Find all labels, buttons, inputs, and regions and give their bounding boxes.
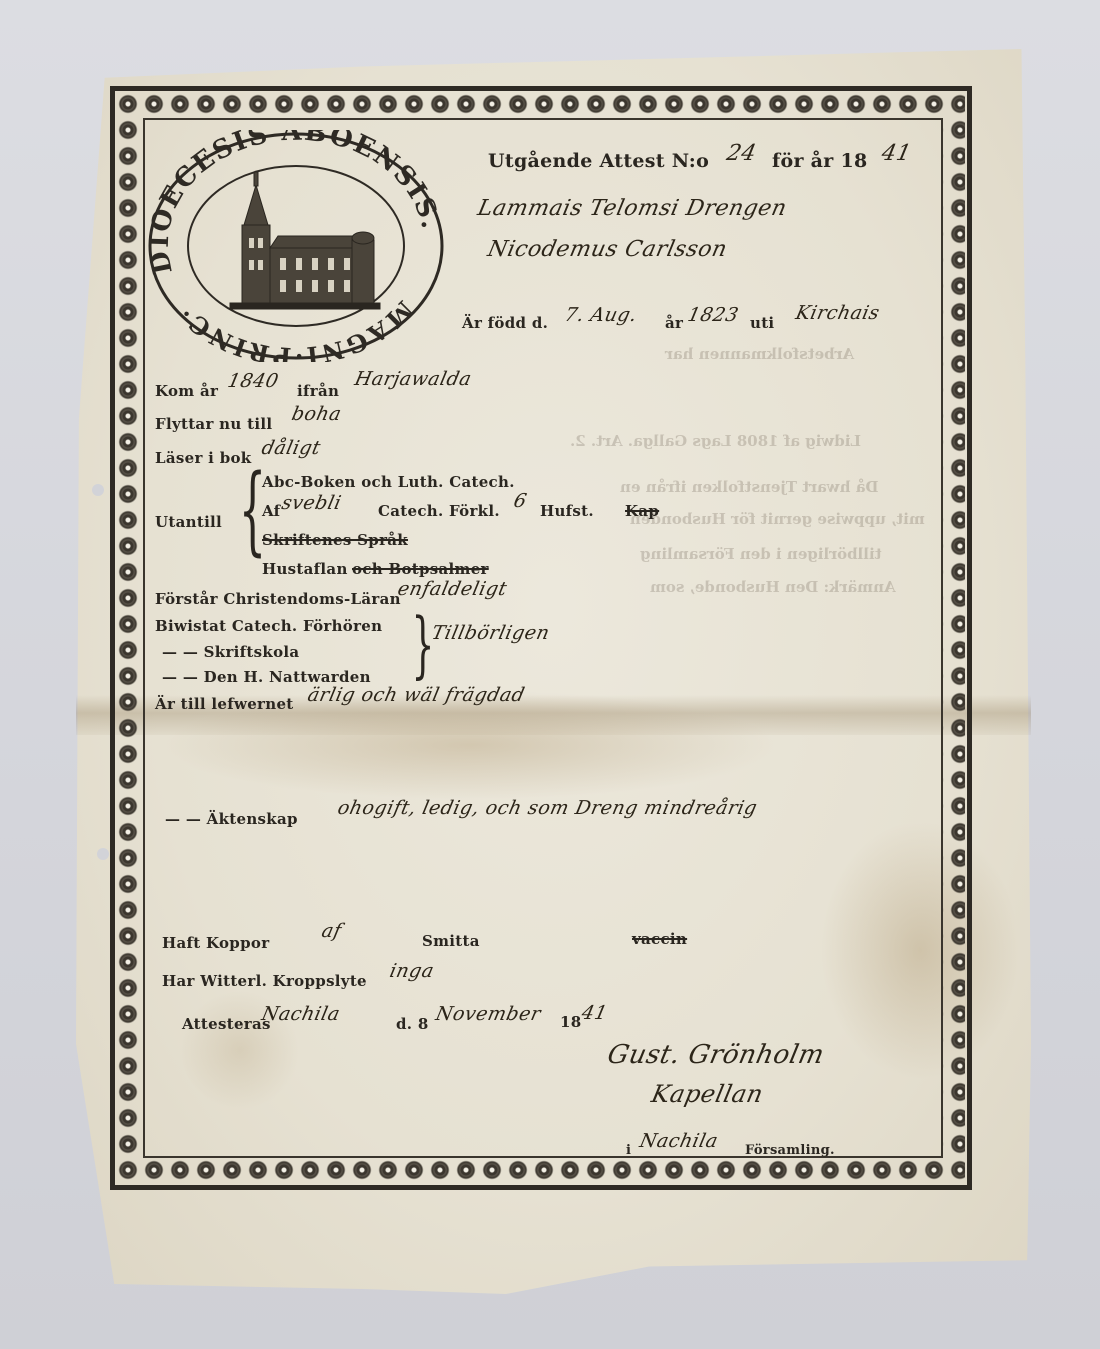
bodily-defect-value: inga xyxy=(388,960,436,982)
marriage-label: — — Äktenskap xyxy=(165,810,298,828)
understands-label: Förstår Christendoms-Läran xyxy=(155,590,401,608)
attested-day: d. 8 xyxy=(396,1015,429,1033)
signature-name: Gust. Grönholm xyxy=(605,1040,827,1070)
born-label: Är född d. xyxy=(462,314,548,332)
bodily-defect-label: Har Witterl. Kroppslyte xyxy=(162,972,367,990)
by-heart-item-4: Hustaflan xyxy=(262,560,348,578)
parish-prefix: i xyxy=(626,1143,631,1158)
moves-to: boha xyxy=(290,403,344,425)
by-heart-item-2-text: Catech. Förkl. xyxy=(378,502,500,520)
birth-place: Kirchais xyxy=(794,302,882,324)
catechism-attendance-label: Biwistat Catech. Förhören xyxy=(155,617,382,635)
name-line-2: Nicodemus Carlsson xyxy=(485,237,729,262)
moves-to-label: Flyttar nu till xyxy=(155,415,272,433)
born-year-label: år xyxy=(665,314,683,332)
came-year: 1840 xyxy=(226,370,281,392)
signature-title: Kapellan xyxy=(649,1080,766,1108)
attest-title-label: Utgående Attest N:o xyxy=(488,150,709,172)
reads-label: Läser i bok xyxy=(155,449,252,467)
by-heart-item-2-prefix: Af xyxy=(262,502,280,520)
understands-value: enfaldeligt xyxy=(396,578,509,600)
parish-suffix: Församling. xyxy=(745,1143,835,1158)
conduct-label: Är till lefwernet xyxy=(155,695,294,713)
attested-place: Nachila xyxy=(260,1003,342,1025)
by-heart-item-2-hand: svebli xyxy=(280,492,344,514)
by-heart-item-2-text-2: Hufst. xyxy=(540,502,594,520)
attested-month: November xyxy=(434,1003,543,1025)
punch-hole xyxy=(92,484,104,496)
smallpox-label: Haft Koppor xyxy=(162,934,269,952)
by-heart-label: Utantill xyxy=(155,513,222,531)
name-line-1: Lammais Telomsi Drengen xyxy=(475,196,789,221)
diocese-seal: DIOECESIS ABOENSIS. MAGNI·PRINC·FINL· xyxy=(146,130,446,362)
attested-label: Attesteras xyxy=(182,1015,271,1033)
reads-value: dåligt xyxy=(260,437,323,459)
came-from: Harjawalda xyxy=(353,368,474,390)
brace-icon: } xyxy=(411,608,434,680)
marriage-value: ohogift, ledig, och som Dreng mindreårig xyxy=(336,797,760,819)
attendance-value: Tillbörligen xyxy=(430,622,552,644)
infection-label: Smitta xyxy=(422,932,480,950)
parish-name: Nachila xyxy=(638,1130,720,1152)
by-heart-item-4-struck: och Botpsalmer xyxy=(352,560,489,578)
came-from-label: ifrån xyxy=(297,382,339,400)
born-place-label: uti xyxy=(750,314,774,332)
conduct-value: ärlig och wäl frägdad xyxy=(306,684,527,706)
vaccine-label-struck: vaccin xyxy=(632,930,687,948)
by-heart-item-2-struck: Kap xyxy=(625,502,659,520)
by-heart-item-3-struck: Skriftenes Språk xyxy=(262,531,408,549)
attested-year-printed: 18 xyxy=(560,1013,581,1031)
attest-number: 24 xyxy=(724,141,758,166)
birth-year: 1823 xyxy=(686,304,741,326)
confirmation-school-label: — — Skriftskola xyxy=(162,643,299,661)
birth-date: 7. Aug. xyxy=(563,304,640,326)
attested-year-hand: 41 xyxy=(580,1002,610,1024)
church-seal-icon: DIOECESIS ABOENSIS. MAGNI·PRINC·FINL· xyxy=(146,130,446,362)
punch-hole xyxy=(97,848,109,860)
by-heart-item-1: Abc-Boken och Luth. Catech. xyxy=(262,473,515,491)
attest-year: 41 xyxy=(879,141,913,166)
attest-year-label: för år 18 xyxy=(772,150,868,172)
came-year-label: Kom år xyxy=(155,382,218,400)
